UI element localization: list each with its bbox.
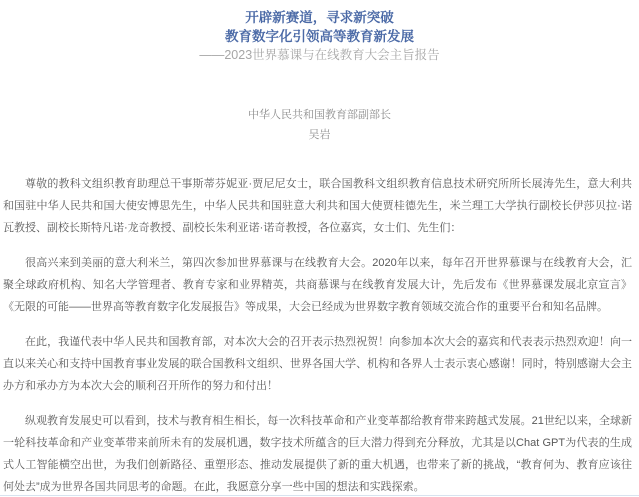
- document-body: 尊敬的教科文组织教育助理总干事斯蒂芬妮亚·贾尼尼女士，联合国教科文组织教育信息技…: [0, 173, 639, 497]
- doc-title-line2: 教育数字化引领高等教育新发展: [0, 27, 639, 46]
- paragraph-thanks: 在此，我谨代表中华人民共和国教育部，对本次大会的召开表示热烈祝贺！向参加本次大会…: [3, 331, 632, 397]
- paragraph-conference-history: 很高兴来到美丽的意大利米兰，第四次参加世界慕课与在线教育大会。2020年以来，每…: [3, 252, 632, 318]
- paragraph-greeting: 尊敬的教科文组织教育助理总干事斯蒂芬妮亚·贾尼尼女士，联合国教科文组织教育信息技…: [3, 173, 632, 239]
- document-page: 开辟新赛道，寻求新突破 教育数字化引领高等教育新发展 ——2023世界慕课与在线…: [0, 0, 639, 497]
- page-bottom-divider: [0, 495, 639, 496]
- speaker-name: 吴岩: [0, 125, 639, 145]
- doc-title-line1: 开辟新赛道，寻求新突破: [0, 0, 639, 27]
- speaker-title: 中华人民共和国教育部副部长: [0, 105, 639, 125]
- doc-subtitle: ——2023世界慕课与在线教育大会主旨报告: [0, 46, 639, 65]
- paragraph-technology-education: 纵观教育发展史可以看到，技术与教育相生相长，每一次科技革命和产业变革都给教育带来…: [3, 410, 632, 497]
